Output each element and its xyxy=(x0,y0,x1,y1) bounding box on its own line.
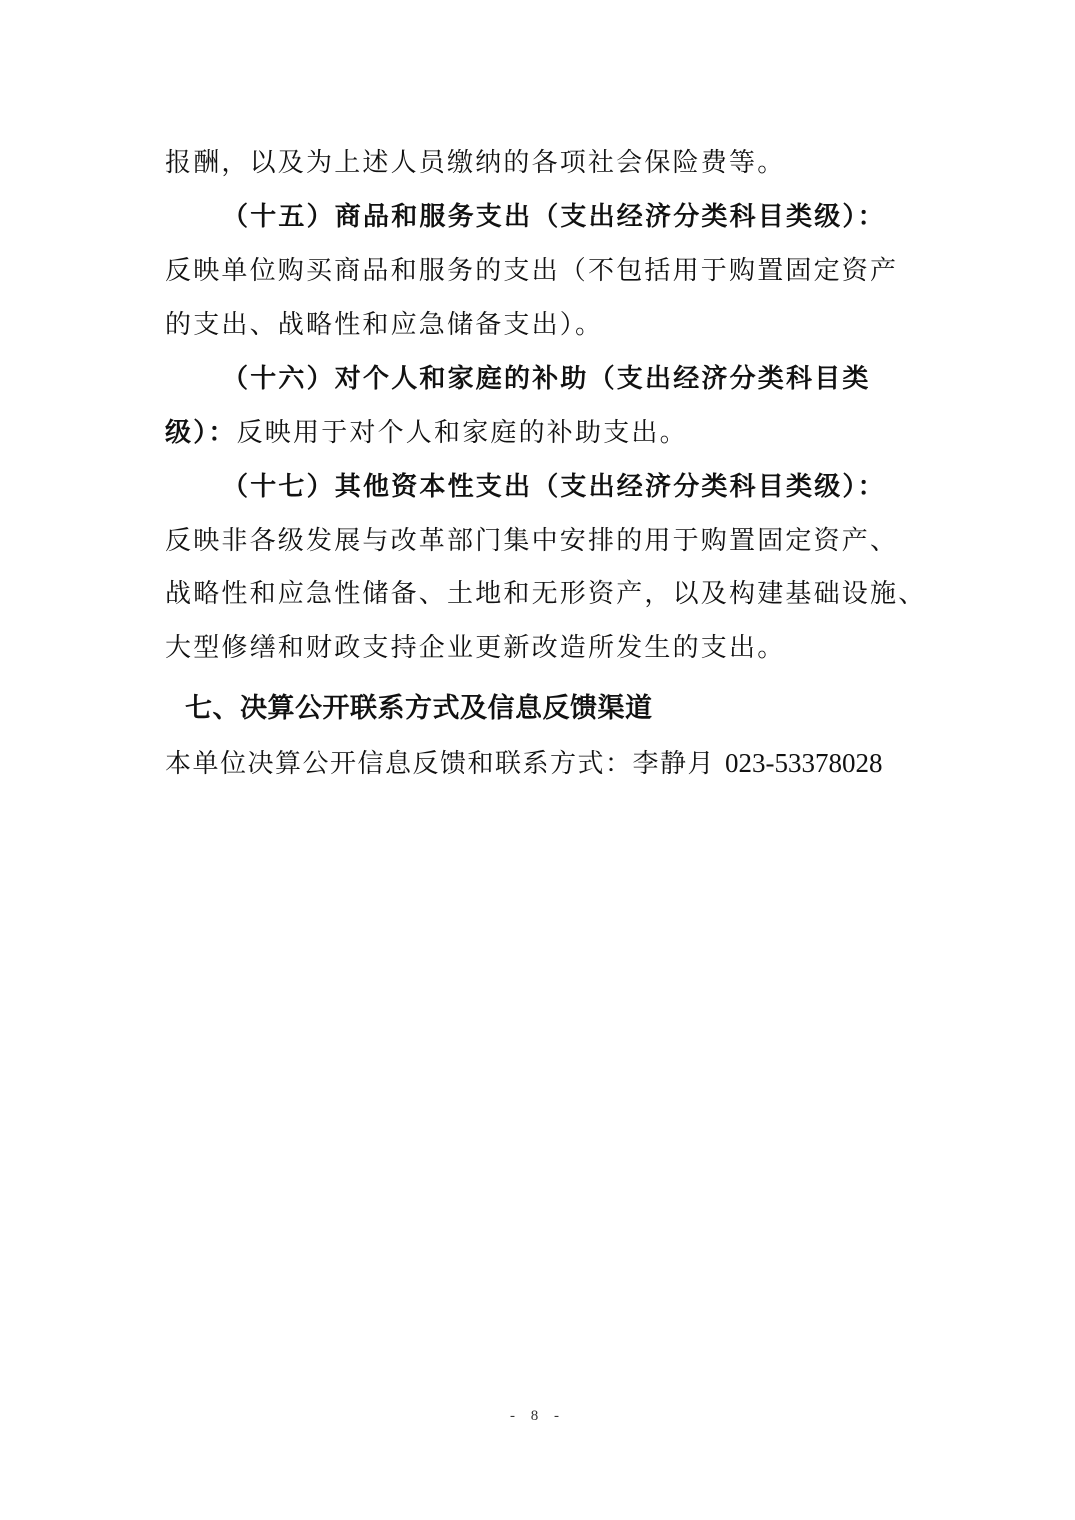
paragraph-line: 报酬，以及为上述人员缴纳的各项社会保险费等。 xyxy=(165,136,915,190)
contact-phone: 023-53378028 xyxy=(725,748,883,778)
paragraph-line: 级）：反映用于对个人和家庭的补助支出。 xyxy=(165,406,915,460)
subsection-title-15: （十五）商品和服务支出（支出经济分类科目类级）： xyxy=(222,190,915,244)
subsection-title-17: （十七）其他资本性支出（支出经济分类科目类级）： xyxy=(222,460,915,514)
paragraph-line: 战略性和应急性储备、土地和无形资产，以及构建基础设施、 xyxy=(165,567,915,621)
contact-label: 本单位决算公开信息反馈和联系方式：李静月 xyxy=(165,749,715,779)
section-heading: 七、决算公开联系方式及信息反馈渠道 xyxy=(185,682,653,736)
page-number: - 8 - xyxy=(0,1408,1075,1425)
paragraph-line: 大型修缮和财政支持企业更新改造所发生的支出。 xyxy=(165,621,915,675)
contact-line: 本单位决算公开信息反馈和联系方式：李静月023-53378028 xyxy=(165,736,883,790)
paragraph-line: 的支出、战略性和应急储备支出）。 xyxy=(165,298,915,352)
subsection-title-16: （十六）对个人和家庭的补助（支出经济分类科目类 xyxy=(222,352,915,406)
paragraph-line: 反映单位购买商品和服务的支出（不包括用于购置固定资产 xyxy=(165,244,915,298)
paragraph-line: 反映非各级发展与改革部门集中安排的用于购置固定资产、 xyxy=(165,514,915,568)
subsection-title-16-continued: 级）： xyxy=(165,418,237,448)
document-page: 报酬，以及为上述人员缴纳的各项社会保险费等。 （十五）商品和服务支出（支出经济分… xyxy=(0,0,1075,1520)
paragraph-text: 反映用于对个人和家庭的补助支出。 xyxy=(237,418,688,448)
